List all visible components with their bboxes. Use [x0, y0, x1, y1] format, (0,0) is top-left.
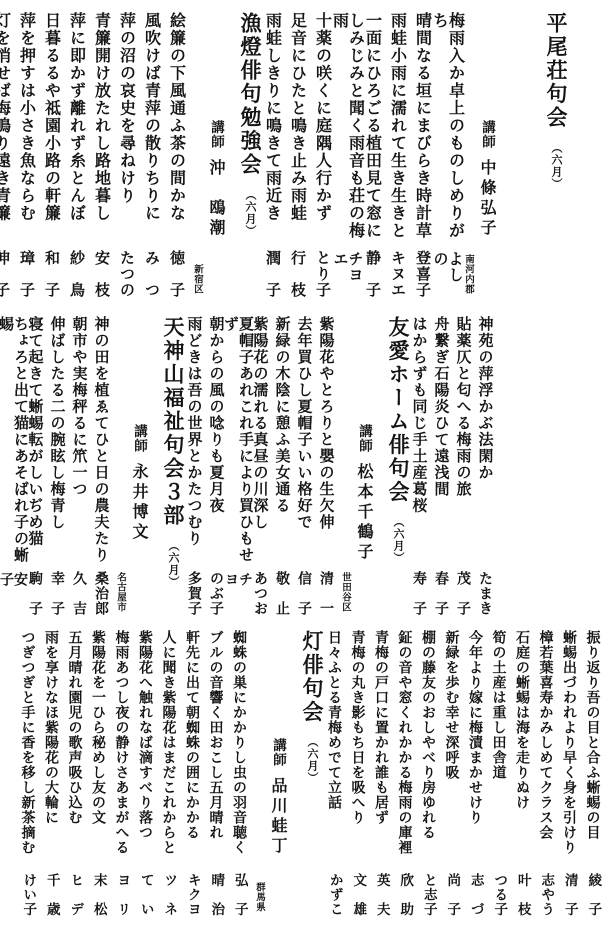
- haiku-author: 春 子: [434, 571, 448, 616]
- section-header: 漁燈俳句勉強会（六月）講師沖 鴎潮新宿区: [189, 12, 260, 298]
- section-title: 友愛ホーム俳句会: [386, 316, 410, 504]
- haiku-author: つる子: [492, 873, 506, 917]
- haiku-column: 青梅の戸口に置かれ誰も居ず英 夫: [370, 630, 393, 916]
- haiku-column: 舟繋ぎ石陽炎ひて遠浅間春 子: [430, 316, 452, 616]
- haiku-column: 五月晴れ園児の歌声吸ひ込むヒ デ: [63, 630, 86, 916]
- haiku-column: 神の田を植ゑてひと日の農夫たり桑治郎: [90, 316, 112, 616]
- haiku-text: 絵簾の下風通ふ茶の間かな: [169, 12, 185, 222]
- haiku-text: 十薬の咲くに庭隅人行かず: [315, 12, 331, 222]
- haiku-text: 伸ばしたる二の腕眩し梅青し: [50, 316, 65, 531]
- haiku-text: 人に聞き紫陽花はまだこれからと: [162, 630, 176, 855]
- haiku-text: 蜘蛛の巣にかかりし虫の羽音聴く: [232, 630, 246, 855]
- haiku-author: 英 夫: [374, 873, 388, 917]
- haiku-author: チヨエ: [333, 251, 363, 298]
- section-month: （六月）: [306, 736, 319, 784]
- haiku-text: 石庭の蜥蜴は海を走りぬけ: [515, 630, 529, 810]
- haiku-text: しみじみと聞く雨音も荘の梅雨: [332, 12, 364, 251]
- haiku-author: キヌエ: [390, 250, 405, 298]
- haiku-column: 雨蛙しきりに鳴きて雨近き潤 子: [260, 12, 285, 298]
- haiku-column: 風吹けば青萍の散りちりにみ つ: [139, 12, 164, 298]
- haiku-text: 雨を享けなほ紫陽花の大輪に: [44, 630, 58, 825]
- haiku-text: 雨蛙小雨に濡れて生き生きと: [390, 12, 406, 240]
- haiku-author: ヒ デ: [68, 873, 82, 917]
- haiku-author: 紗 鳥: [69, 250, 84, 298]
- haiku-author: 文 雄: [351, 873, 365, 917]
- band-middle: 神苑の萍浮かぶ法閑かたまき貼薬仄と匂へる梅雨の旅茂 子舟繋ぎ石陽炎ひて遠浅間春 …: [0, 304, 616, 622]
- haiku-author: 清 一: [319, 571, 333, 616]
- haiku-author: 多賀子: [187, 571, 201, 616]
- haiku-column: 石庭の蜥蜴は海を走りぬけ叶 枝: [511, 630, 534, 916]
- haiku-column: 夏帽子あれこれ手により買ひもせずチ ヨ: [227, 316, 249, 616]
- haiku-author: 安 枝: [94, 250, 109, 298]
- haiku-author: 安 子: [0, 572, 27, 616]
- region-line: 名古屋市: [112, 316, 125, 616]
- haiku-author: 幸 子: [50, 571, 64, 616]
- haiku-column: ブルの音響く田おこし五月晴れ晴 治: [204, 630, 227, 916]
- haiku-author: 尚 子: [445, 873, 459, 917]
- haiku-text: 朝市や実梅秤るに笊一つ: [72, 316, 87, 498]
- section-title-line: 天神山福祉句会３部（六月）: [156, 316, 183, 616]
- lecturer-label: 講師: [208, 120, 224, 149]
- haiku-author: ツ ネ: [162, 873, 176, 917]
- haiku-column: 振り返り吾の目と合ふ蜥蜴の目綾 子: [581, 630, 604, 916]
- section-title-line: 灯俳句会（六月）: [295, 630, 322, 916]
- haiku-author: 叶 枝: [515, 873, 529, 917]
- haiku-author: 敬 止: [275, 571, 289, 616]
- haiku-text: 晴間なる垣にまびらき時計草: [415, 12, 431, 240]
- haiku-column: 紫陽花へ触れなば滴すべり落つて い: [134, 630, 157, 916]
- section-header: 灯俳句会（六月）講師品川蛙丁群馬県: [251, 630, 322, 916]
- haiku-column: 雨を享けなほ紫陽花の大輪に千 歳: [40, 630, 63, 916]
- lecturer-line: 講師永井博文: [127, 316, 149, 616]
- haiku-text: 足音にひたと鳴き止み雨蛙: [290, 12, 306, 222]
- lecturer-label: 講師: [270, 738, 286, 767]
- haiku-author: 志 づ: [468, 873, 482, 917]
- haiku-text: 軒先に出て朝蜘蛛の囲にかかる: [185, 630, 199, 840]
- haiku-text: 萍の沼の哀史を尋ねけり: [119, 12, 135, 205]
- haiku-text: 灯を消せば海鳴り遠き青簾: [0, 12, 10, 222]
- haiku-text: 振り返り吾の目と合ふ蜥蜴の目: [586, 630, 600, 840]
- haiku-author: よしの: [433, 251, 463, 298]
- haiku-text: 雨蛙しきりに鳴きて雨近き: [265, 12, 281, 222]
- haiku-column: 萍の沼の哀史を尋ねけりたつの: [114, 12, 139, 298]
- haiku-text: 一面にひろごる植田見て窓に: [365, 12, 381, 240]
- haiku-text: はからずも同じ手土産葛桜: [412, 316, 427, 514]
- section-header: 天神山福祉句会３部（六月）講師永井博文名古屋市: [112, 316, 183, 616]
- lecturer-line: 講師品川蛙丁: [266, 630, 288, 916]
- haiku-column: 樟若葉喜寿かみしめてクラス会志やう: [534, 630, 557, 916]
- haiku-column: 雨どきは吾の世界とかたつむり多賀子: [183, 316, 205, 616]
- haiku-author: キクヨ: [185, 873, 199, 917]
- lecturer-name: 松本千鶴子: [355, 463, 374, 563]
- haiku-author: チ ヨ: [224, 572, 252, 616]
- haiku-column: 梅雨あつし夜の静けさあまがへるヨ リ: [110, 630, 133, 916]
- haiku-text: 鉦の音や窓くれかかる梅雨の庫裡: [398, 630, 412, 855]
- lecturer-line: 講師中條弘子: [475, 12, 497, 298]
- haiku-author: 信 子: [297, 571, 311, 616]
- haiku-column: 雨蛙小雨に濡れて生き生きとキヌエ: [385, 12, 410, 298]
- haiku-author: と志子: [421, 873, 435, 917]
- section-title: 平尾荘句会: [544, 12, 568, 130]
- haiku-column: 人に聞き紫陽花はまだこれからとツ ネ: [157, 630, 180, 916]
- haiku-text: 萍を押すは小さき魚ならむ: [19, 12, 35, 222]
- haiku-author: けい子: [21, 873, 35, 917]
- haiku-author: 桑治郎: [94, 571, 108, 616]
- haiku-column: 貼薬仄と匂へる梅雨の旅茂 子: [452, 316, 474, 616]
- haiku-column: 蜥蜴出づわれより早く身を引けり清 子: [558, 630, 581, 916]
- haiku-author: 清 子: [562, 873, 576, 917]
- haiku-author: とり子: [315, 250, 330, 298]
- lecturer-name: 沖 鴎潮: [207, 159, 226, 239]
- haiku-column: 軒先に出て朝蜘蛛の囲にかかるキクヨ: [181, 630, 204, 916]
- section-title-line: 友愛ホーム俳句会（六月）: [381, 316, 408, 616]
- haiku-author: 潤 子: [265, 250, 280, 298]
- haiku-author: 志やう: [539, 873, 553, 917]
- haiku-text: 日々ふとる青梅めでて立話: [327, 630, 341, 810]
- haiku-text: 舟繋ぎ石陽炎ひて遠浅間: [434, 316, 449, 498]
- haiku-author: 欣 助: [398, 873, 412, 917]
- haiku-column: 棚の藤友のおしやべり房ゆれると志子: [417, 630, 440, 916]
- haiku-text: 蜥蜴出づわれより早く身を引けり: [562, 630, 576, 855]
- section-title: 漁燈俳句勉強会: [238, 12, 262, 177]
- haiku-text: 紫陽花やとろりと嬰の生欠伸: [319, 316, 334, 531]
- haiku-author: 行 枝: [290, 250, 305, 298]
- haiku-author: 和 子: [44, 250, 59, 298]
- lecturer-line: 講師松本千鶴子: [352, 316, 374, 616]
- haiku-column: 絵簾の下風通ふ茶の間かな徳 子: [164, 12, 189, 298]
- haiku-text: 青簾開け放たれし路地暮し: [94, 12, 110, 222]
- section-month: （六月）: [392, 516, 405, 564]
- haiku-author: あつお: [253, 571, 267, 616]
- haiku-text: 朝からの風の唸りも夏月夜: [209, 316, 224, 514]
- haiku-text: 樟若葉喜寿かみしめてクラス会: [539, 630, 553, 840]
- haiku-column: 日々ふとる青梅めでて立話かずこ: [323, 630, 346, 916]
- haiku-text: 貼薬仄と匂へる梅雨の旅: [456, 316, 471, 498]
- haiku-text: 紫陽花へ触れなば滴すべり落つ: [138, 630, 152, 840]
- region-line: 新宿区: [189, 12, 202, 298]
- region-label: 世田谷区: [337, 572, 350, 612]
- haiku-magazine-page: 平尾荘句会（六月）講師中條弘子南河内郡梅雨入か卓上のものしめりがちよしの晴間なる…: [0, 0, 616, 933]
- haiku-column: 鉦の音や窓くれかかる梅雨の庫裡欣 助: [393, 630, 416, 916]
- haiku-column: 紫陽花を一ひら秘めし友の文末 松: [87, 630, 110, 916]
- section-title: 灯俳句会: [300, 630, 324, 724]
- region-label: 名古屋市: [112, 572, 125, 612]
- haiku-author: 綾 子: [586, 873, 600, 917]
- haiku-column: つぎつぎと手に香を移し新茶摘むけい子: [16, 630, 39, 916]
- haiku-text: つぎつぎと手に香を移し新茶摘む: [21, 630, 35, 855]
- section-title-line: 平尾荘句会（六月）: [539, 12, 566, 298]
- haiku-author: 弘 子: [232, 873, 246, 917]
- haiku-text: 梅雨入か卓上のものしめりがち: [432, 12, 464, 251]
- lecturer-name: 永井博文: [130, 463, 149, 543]
- haiku-author: み つ: [144, 250, 159, 298]
- haiku-text: 萍に即かず離れず糸とんぼ: [69, 12, 85, 222]
- haiku-column: 足音にひたと鳴き止み雨蛙行 枝: [285, 12, 310, 298]
- haiku-column: はからずも同じ手土産葛桜寿 子: [408, 316, 430, 616]
- section-month: （六月）: [244, 189, 257, 237]
- haiku-author: 寿 子: [412, 571, 426, 616]
- haiku-column: 紫陽花やとろりと嬰の生欠伸清 一: [315, 316, 337, 616]
- haiku-text: 新緑を歩む幸せ深呼吸: [445, 630, 459, 780]
- haiku-column: 去年買ひし夏帽子いい格好で信 子: [293, 316, 315, 616]
- haiku-text: 去年買ひし夏帽子いい格好で: [297, 316, 312, 531]
- haiku-column: 朝市や実梅秤るに笊一つ久 吉: [68, 316, 90, 616]
- haiku-text: 新緑の木陰に憩ふ美女通る: [275, 316, 290, 514]
- lecturer-label: 講師: [479, 120, 495, 149]
- haiku-column: 青簾開け放たれし路地暮し安 枝: [89, 12, 114, 298]
- haiku-text: 青梅の丸き影もち日を吸へり: [351, 630, 365, 825]
- haiku-text: 棚の藤友のおしやべり房ゆれる: [421, 630, 435, 840]
- haiku-column: 筍の土産は重し田舎道つる子: [487, 630, 510, 916]
- haiku-text: 梅雨あつし夜の静けさあまがへる: [115, 630, 129, 855]
- haiku-column: 新緑の木陰に憩ふ美女通る敬 止: [271, 316, 293, 616]
- haiku-author: 登喜子: [415, 250, 430, 298]
- haiku-column: 伸ばしたる二の腕眩し梅青し幸 子: [46, 316, 68, 616]
- haiku-column: 灯を消せば海鳴り遠き青簾伸 子: [0, 12, 14, 298]
- haiku-column: 蜘蛛の巣にかかりし虫の羽音聴く弘 子: [228, 630, 251, 916]
- section-month: （六月）: [550, 142, 563, 190]
- haiku-text: 紫陽花の濡れる真昼の川深し: [253, 316, 268, 531]
- lecturer-label: 講師: [131, 424, 147, 453]
- haiku-text: 神苑の萍浮かぶ法閑か: [478, 316, 493, 481]
- haiku-column: 萍を押すは小さき魚ならむ璋 子: [14, 12, 39, 298]
- haiku-author: 璋 子: [19, 250, 34, 298]
- haiku-author: たまき: [478, 571, 492, 616]
- haiku-text: 青梅の戸口に置かれ誰も居ず: [374, 630, 388, 825]
- haiku-author: のぶ子: [209, 571, 223, 616]
- haiku-column: ちょろと出て猫にあそばれ子の蜥蜴安 子: [2, 316, 24, 616]
- haiku-author: ヨ リ: [115, 873, 129, 917]
- haiku-text: 筍の土産は重し田舎道: [492, 630, 506, 780]
- haiku-author: 久 吉: [72, 571, 86, 616]
- haiku-column: 寝て起きて蜥蜴転がしいぢめ猫駒 子: [24, 316, 46, 616]
- lecturer-name: 中條弘子: [478, 159, 497, 239]
- haiku-column: 一面にひろごる植田見て窓に静 子: [360, 12, 385, 298]
- haiku-column: 萍に即かず離れず糸とんぼ紗 鳥: [64, 12, 89, 298]
- haiku-text: 神の田を植ゑてひと日の農夫たり: [94, 316, 109, 564]
- region-label: 群馬県: [251, 882, 264, 912]
- haiku-text: 風吹けば青萍の散りちりに: [144, 12, 160, 222]
- haiku-column: 紫陽花の濡れる真昼の川深しあつお: [249, 316, 271, 616]
- region-line: 南河内郡: [460, 12, 473, 298]
- haiku-author: 伸 子: [0, 250, 9, 298]
- region-line: 世田谷区: [337, 316, 350, 616]
- haiku-text: 寝て起きて蜥蜴転がしいぢめ猫: [28, 316, 43, 547]
- haiku-text: 日暮るるや祗園小路の軒簾: [44, 12, 60, 222]
- haiku-author: かずこ: [327, 873, 341, 917]
- haiku-author: 末 松: [91, 873, 105, 917]
- haiku-text: 五月晴れ園児の歌声吸ひ込む: [68, 630, 82, 825]
- haiku-author: 駒 子: [28, 571, 42, 616]
- haiku-author: 茂 子: [456, 571, 470, 616]
- haiku-author: 静 子: [365, 250, 380, 298]
- haiku-text: 紫陽花を一ひら秘めし友の文: [91, 630, 105, 825]
- section-title: 天神山福祉句会３部: [161, 316, 185, 528]
- haiku-column: 梅雨入か卓上のものしめりがちよしの: [435, 12, 460, 298]
- haiku-author: 千 歳: [44, 873, 58, 917]
- haiku-column: 新緑を歩む幸せ深呼吸尚 子: [440, 630, 463, 916]
- lecturer-name: 品川蛙丁: [269, 777, 288, 857]
- lecturer-label: 講師: [356, 424, 372, 453]
- haiku-text: ブルの音響く田おこし五月晴れ: [209, 630, 223, 840]
- haiku-column: 日暮るるや祗園小路の軒簾和 子: [39, 12, 64, 298]
- band-top: 平尾荘句会（六月）講師中條弘子南河内郡梅雨入か卓上のものしめりがちよしの晴間なる…: [0, 0, 616, 304]
- band-bottom: 振り返り吾の目と合ふ蜥蜴の目綾 子蜥蜴出づわれより早く身を引けり清 子樟若葉喜寿…: [0, 622, 616, 922]
- haiku-text: 雨どきは吾の世界とかたつむり: [187, 316, 202, 547]
- haiku-author: 晴 治: [209, 873, 223, 917]
- section-title-line: 漁燈俳句勉強会（六月）: [233, 12, 260, 298]
- lecturer-line: 講師沖 鴎潮: [204, 12, 226, 298]
- haiku-author: 徳 子: [169, 250, 184, 298]
- section-month: （六月）: [167, 540, 180, 588]
- haiku-author: たつの: [119, 250, 134, 298]
- haiku-column: 青梅の丸き影もち日を吸へり文 雄: [346, 630, 369, 916]
- section-header: 友愛ホーム俳句会（六月）講師松本千鶴子世田谷区: [337, 316, 408, 616]
- haiku-column: 今年より嫁に梅漬まかせけり志 づ: [464, 630, 487, 916]
- region-label: 南河内郡: [460, 254, 473, 294]
- haiku-text: 今年より嫁に梅漬まかせけり: [468, 630, 482, 825]
- haiku-column: しみじみと聞く雨音も荘の梅雨チヨエ: [335, 12, 360, 298]
- haiku-column: 神苑の萍浮かぶ法閑かたまき: [474, 316, 496, 616]
- haiku-author: て い: [138, 873, 152, 917]
- region-line: 群馬県: [251, 630, 264, 916]
- region-label: 新宿区: [189, 264, 202, 294]
- section-header: 平尾荘句会（六月）講師中條弘子南河内郡: [460, 12, 566, 298]
